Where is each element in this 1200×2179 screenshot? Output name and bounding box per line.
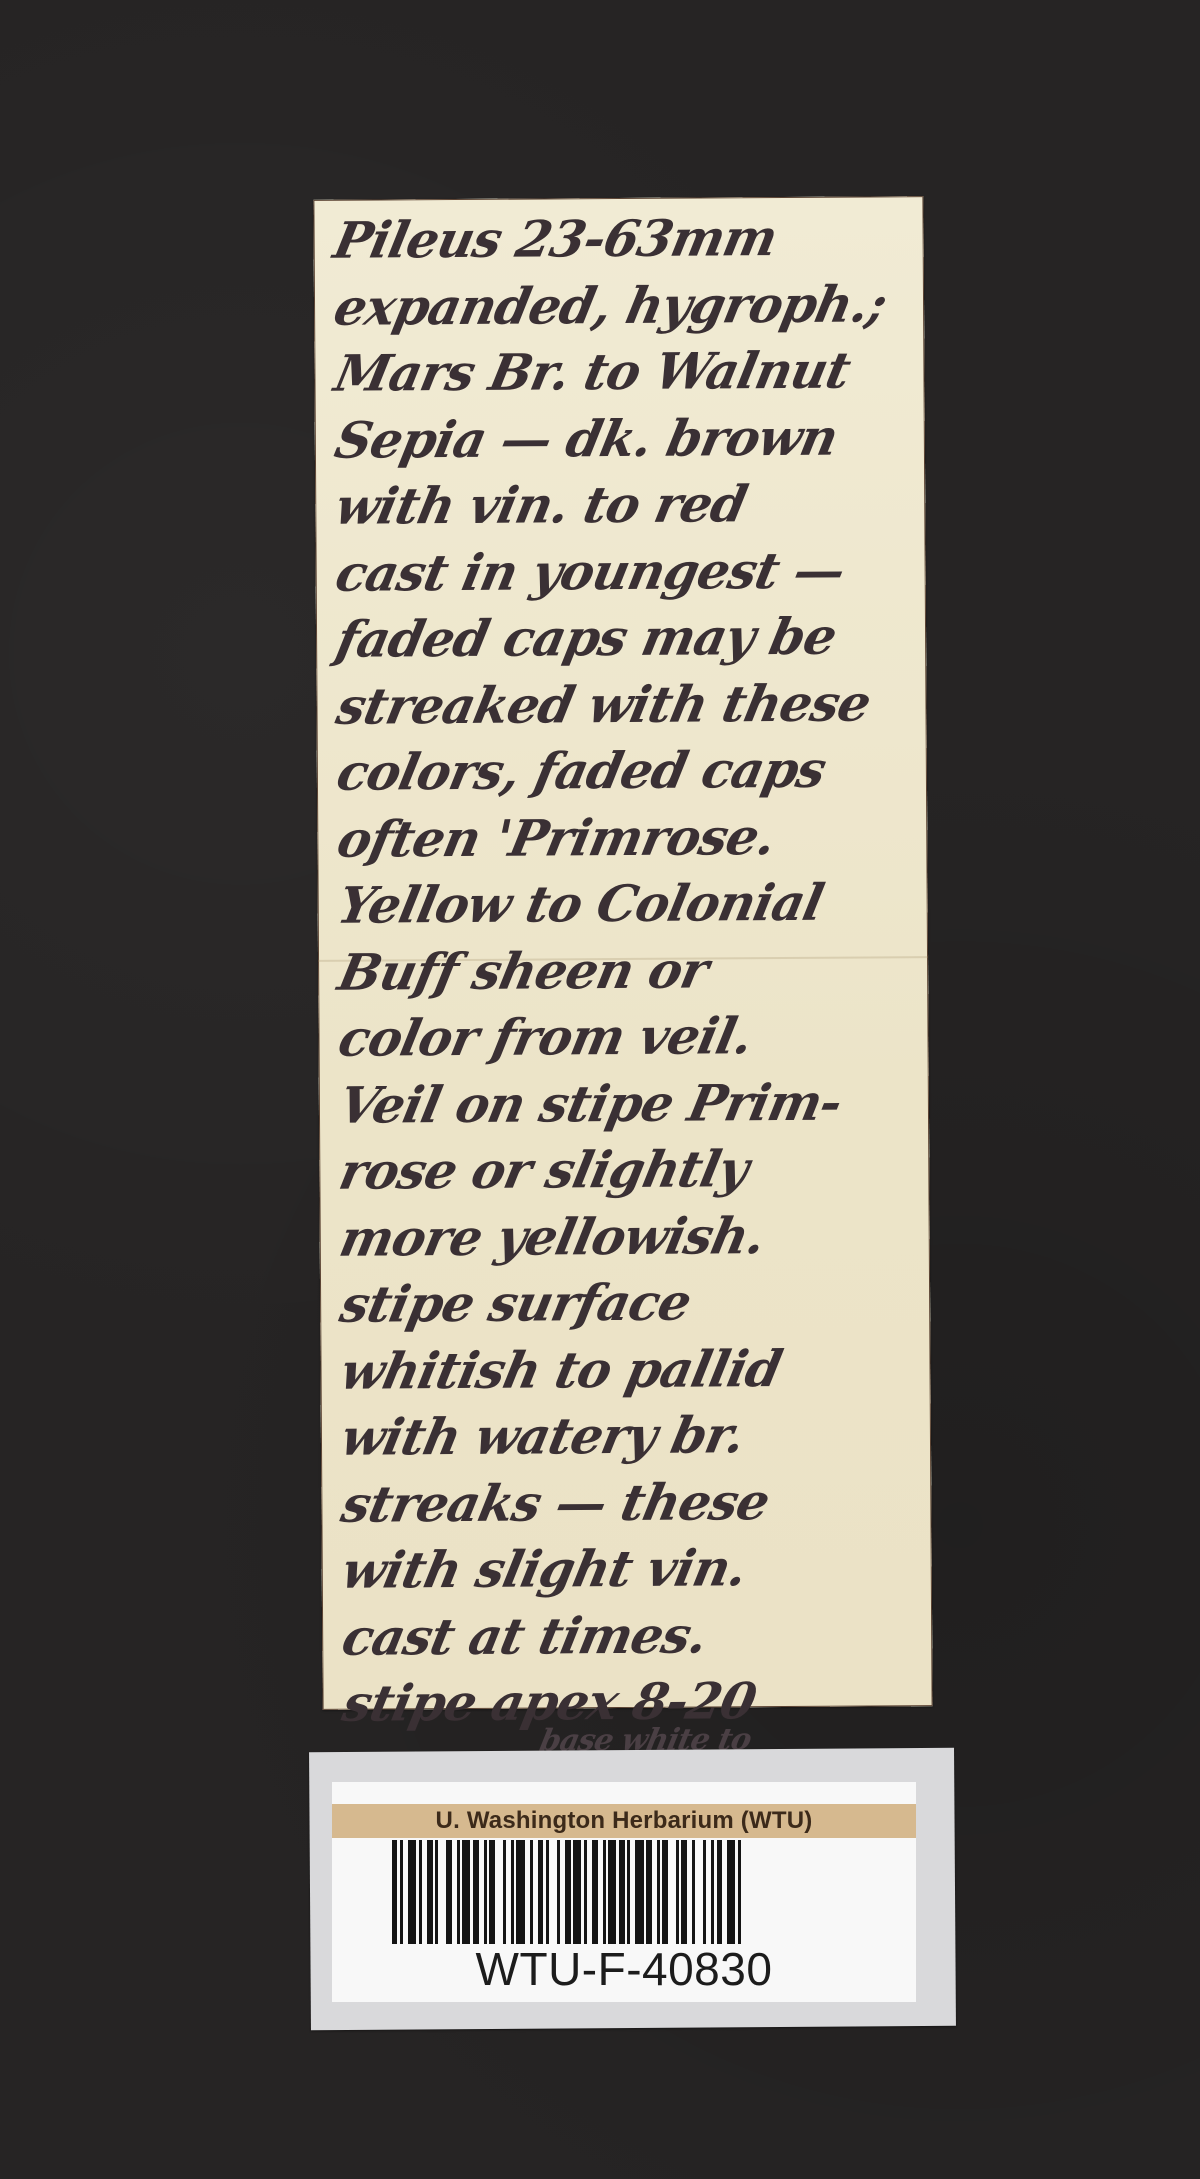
handwritten-notes: Pileus 23-63mm expanded, hygroph.; Mars … (327, 204, 923, 1805)
note-line: with slight vin. (336, 1534, 936, 1604)
note-line: rose or slightly (334, 1135, 934, 1205)
handwritten-note-card: Pileus 23-63mm expanded, hygroph.; Mars … (313, 196, 932, 1710)
note-line: expanded, hygroph.; (328, 271, 928, 341)
barcode-icon (392, 1840, 747, 1944)
note-line: Buff sheen or (332, 936, 932, 1006)
note-line: stipe surface (334, 1268, 934, 1338)
note-line: often 'Primrose. (332, 803, 932, 873)
note-line: faded caps may be (330, 603, 930, 673)
institution-band: U. Washington Herbarium (WTU) (332, 1804, 916, 1838)
note-line: streaks — these (336, 1468, 936, 1538)
note-line: whitish to pallid (335, 1335, 935, 1405)
note-line: with watery br. (335, 1401, 935, 1471)
institution-name: U. Washington Herbarium (WTU) (436, 1807, 813, 1835)
note-line: Yellow to Colonial (332, 869, 932, 939)
note-line: colors, faded caps (331, 736, 931, 806)
note-line: Sepia — dk. brown (329, 404, 929, 474)
note-line: color from veil. (333, 1002, 933, 1072)
catalog-number: WTU-F-40830 (332, 1942, 916, 1996)
note-line: cast at times. (336, 1601, 936, 1671)
note-line: Mars Br. to Walnut (329, 337, 929, 407)
herbarium-barcode-label: U. Washington Herbarium (WTU) WTU-F-4083… (332, 1782, 916, 2002)
note-line: Veil on stipe Prim- (333, 1069, 933, 1139)
note-line: more yellowish. (334, 1202, 934, 1272)
note-line: streaked with these (331, 670, 931, 740)
note-line: Pileus 23-63mm (328, 204, 928, 274)
note-line: with vin. to red (329, 470, 929, 540)
note-line: cast in youngest — (330, 537, 930, 607)
